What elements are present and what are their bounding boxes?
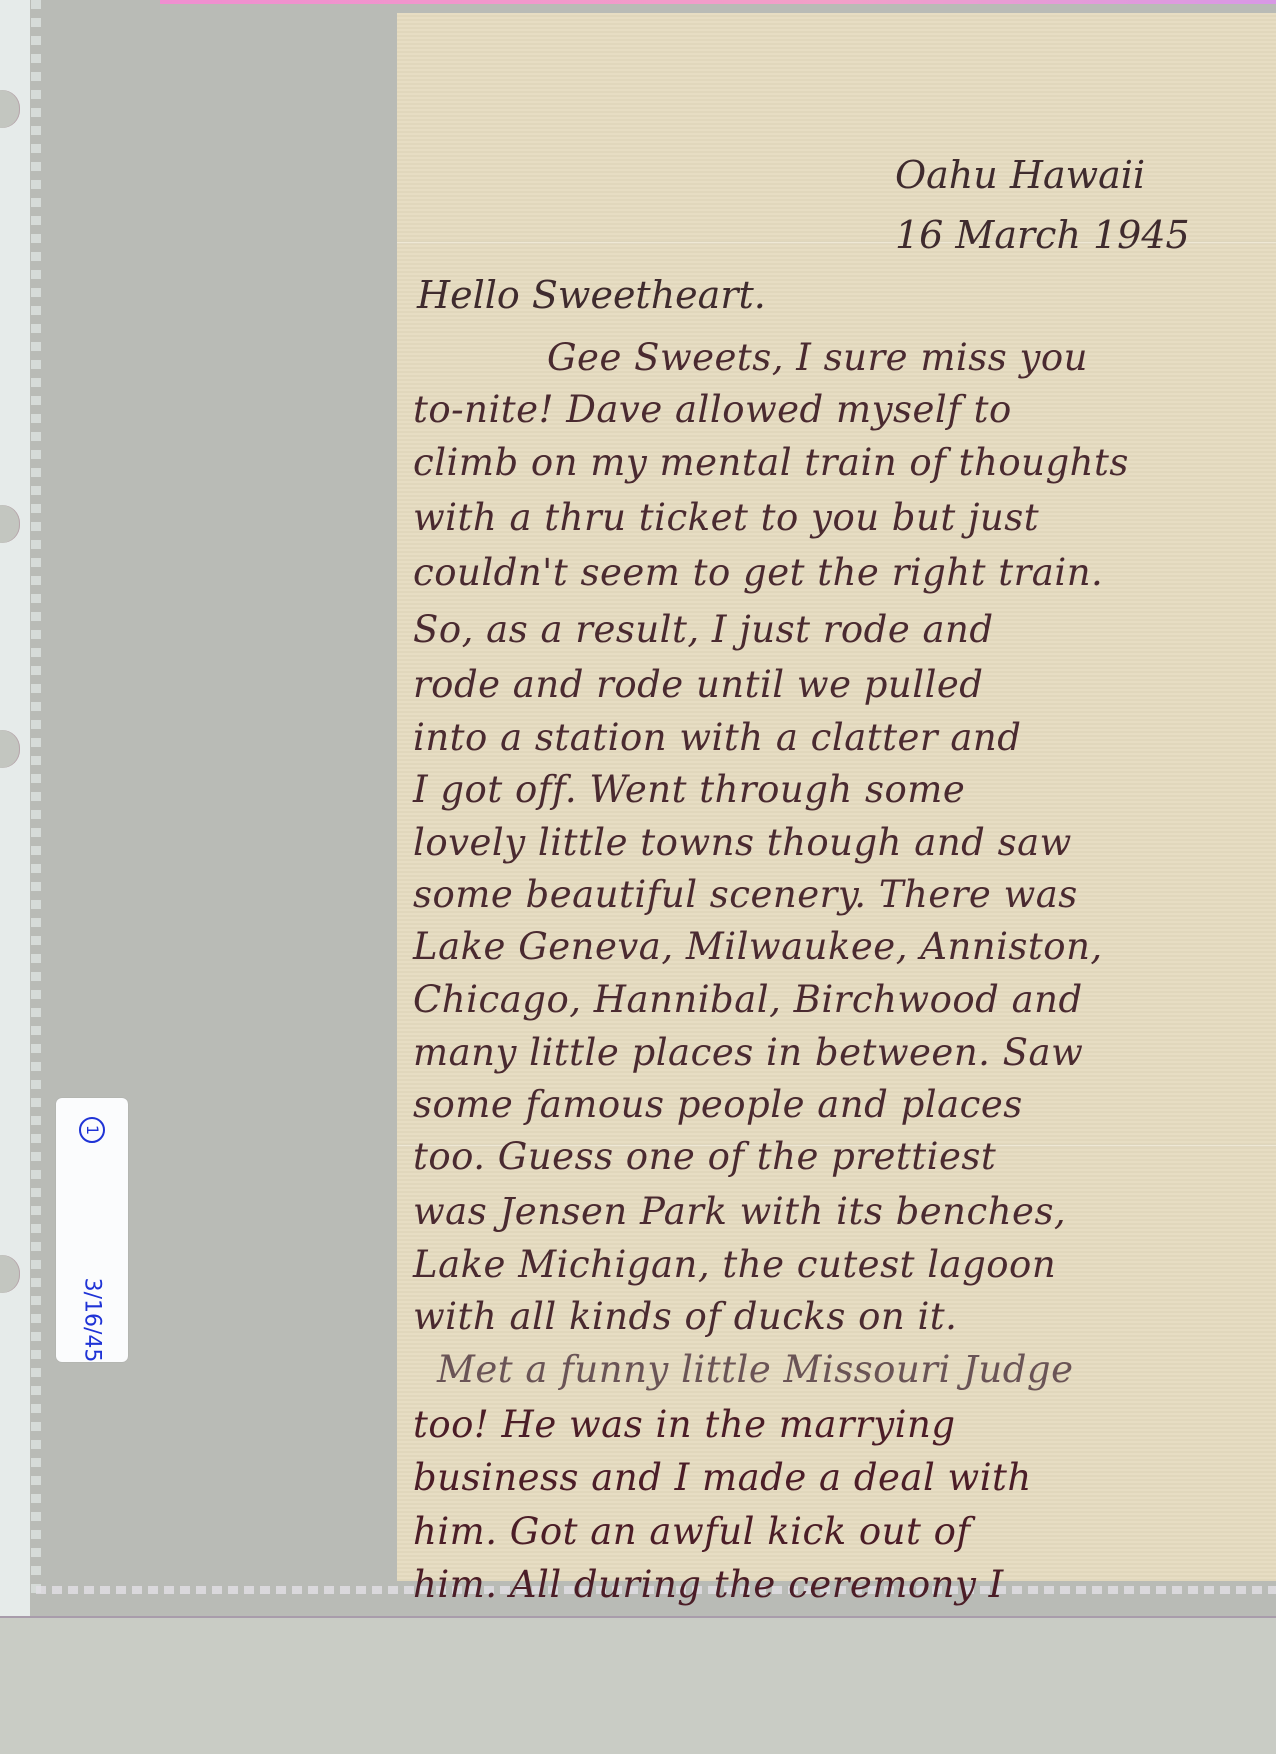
letter-line: with a thru ticket to you but just <box>413 496 1039 539</box>
letter-line: lovely little towns though and saw <box>413 821 1072 864</box>
letter-place: Oahu Hawaii <box>895 153 1145 197</box>
letter-line: So, as a result, I just rode and <box>413 608 994 651</box>
archive-label: 1 3/16/45 <box>56 1098 128 1362</box>
letter-line: to-nite! Dave allowed myself to <box>413 388 1012 431</box>
letter-line: many little places in between. Saw <box>413 1031 1083 1074</box>
letter-line: into a station with a clatter and <box>413 716 1021 759</box>
archival-sleeve: 1 3/16/45 Oahu Hawaii 16 March 1945 Hell… <box>0 0 1276 1618</box>
binder-strip <box>0 0 30 1616</box>
letter-line: too! He was in the marrying <box>413 1403 956 1446</box>
letter-line: some beautiful scenery. There was <box>413 873 1078 916</box>
letter-line: was Jensen Park with its benches, <box>413 1190 1066 1233</box>
letter-page: Oahu Hawaii 16 March 1945 Hello Sweethea… <box>397 13 1276 1581</box>
letter-line: him. Got an awful kick out of <box>413 1510 971 1553</box>
label-item-number: 1 <box>79 1117 105 1143</box>
letter-line: some famous people and places <box>413 1083 1023 1126</box>
binder-hole <box>0 730 20 768</box>
binder-hole <box>0 505 20 543</box>
letter-line: too. Guess one of the prettiest <box>413 1135 996 1178</box>
letter-line: I got off. Went through some <box>413 768 965 811</box>
binder-hole <box>0 1255 20 1293</box>
letter-line: rode and rode until we pulled <box>413 663 984 706</box>
letter-line: Lake Michigan, the cutest lagoon <box>413 1243 1056 1286</box>
scan-edge-strip <box>160 0 1276 4</box>
label-date: 3/16/45 <box>80 1278 105 1363</box>
sleeve-perforation-vertical <box>31 0 41 1600</box>
letter-line: Lake Geneva, Milwaukee, Anniston, <box>413 925 1103 968</box>
letter-line: Met a funny little Missouri Judge <box>437 1348 1074 1391</box>
letter-line: climb on my mental train of thoughts <box>413 441 1129 484</box>
letter-line: couldn't seem to get the right train. <box>413 551 1103 594</box>
letter-line: him. All during the ceremony I <box>413 1563 1004 1606</box>
letter-line: business and I made a deal with <box>413 1456 1032 1499</box>
letter-date: 16 March 1945 <box>895 213 1190 257</box>
letter-line: with all kinds of ducks on it. <box>413 1295 957 1338</box>
letter-salutation: Hello Sweetheart. <box>417 273 766 317</box>
letter-line: Gee Sweets, I sure miss you <box>547 336 1088 379</box>
binder-hole <box>0 90 20 128</box>
letter-line: Chicago, Hannibal, Birchwood and <box>413 978 1083 1021</box>
